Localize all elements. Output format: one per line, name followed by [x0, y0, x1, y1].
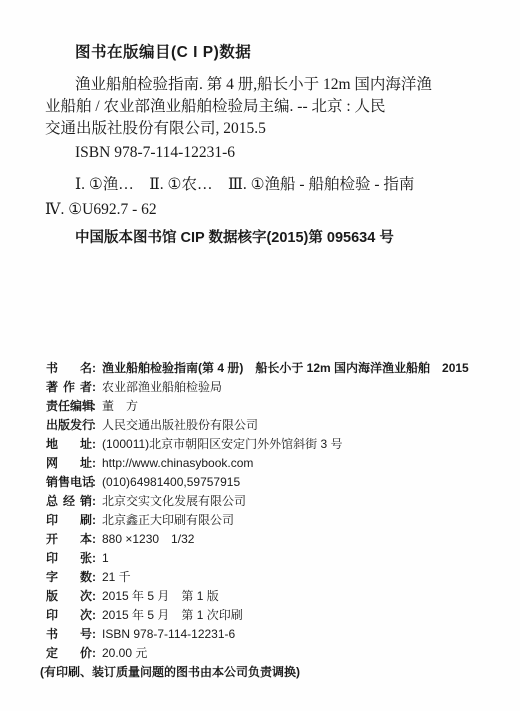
colophon-label: 字数 — [46, 568, 92, 587]
colophon-colon: : — [92, 587, 96, 606]
colophon-label: 版次 — [46, 587, 92, 606]
colophon-row-book-title: 书名:渔业船舶检验指南(第 4 册) 船长小于 12m 国内海洋渔业船舶 201… — [46, 359, 490, 378]
colophon-label: 总经销 — [46, 492, 92, 511]
colophon-label: 书名 — [46, 359, 92, 378]
colophon-label: 定价 — [46, 644, 92, 663]
colophon-value: 北京鑫正大印刷有限公司 — [102, 511, 234, 530]
colophon-colon: : — [92, 454, 96, 473]
colophon-row-website: 网址:http://www.chinasybook.com — [46, 454, 490, 473]
colophon-value: 农业部渔业船舶检验局 — [102, 378, 222, 397]
colophon-colon: : — [92, 568, 96, 587]
colophon-value: 20.00 元 — [102, 644, 147, 663]
colophon-label: 开本 — [46, 530, 92, 549]
colophon-label: 地址 — [46, 435, 92, 454]
colophon-colon: : — [92, 435, 96, 454]
colophon-row-format: 开本:880 ×1230 1/32 — [46, 530, 490, 549]
cip-classification: Ⅰ. ①渔… Ⅱ. ①农… Ⅲ. ①渔船 - 船舶检验 - 指南 Ⅳ. ①U69… — [45, 172, 480, 222]
colophon-value: 2015 年 5 月 第 1 次印刷 — [102, 606, 243, 625]
colophon-label: 印次 — [46, 606, 92, 625]
colophon-label: 出版发行 — [46, 416, 92, 435]
cip-record-number: 中国版本图书馆 CIP 数据核字(2015)第 095634 号 — [45, 228, 480, 248]
colophon-row-word-count: 字数:21 千 — [46, 568, 490, 587]
cip-title: 图书在版编目(C I P)数据 — [75, 43, 480, 63]
colophon-label: 著作者 — [46, 378, 92, 397]
quality-exchange-note: (有印刷、装订质量问题的图书由本公司负责调换) — [40, 663, 490, 682]
colophon-label: 书号 — [46, 625, 92, 644]
colophon-colon: : — [92, 416, 96, 435]
colophon-value: 2015 年 5 月 第 1 版 — [102, 587, 219, 606]
colophon-colon: : — [92, 644, 96, 663]
colophon-colon: : — [92, 511, 96, 530]
cip-description: 渔业船舶检验指南. 第 4 册,船长小于 12m 国内海洋渔 业船舶 / 农业部… — [45, 74, 480, 140]
colophon-colon: : — [92, 473, 96, 492]
colophon-row-author: 著作者:农业部渔业船舶检验局 — [46, 378, 490, 397]
colophon-colon: : — [92, 606, 96, 625]
colophon-row-publisher: 出版发行:人民交通出版社股份有限公司 — [46, 416, 490, 435]
colophon-label: 印刷 — [46, 511, 92, 530]
colophon-section: 书名:渔业船舶检验指南(第 4 册) 船长小于 12m 国内海洋渔业船舶 201… — [0, 359, 520, 682]
colophon-value: 渔业船舶检验指南(第 4 册) 船长小于 12m 国内海洋渔业船舶 2015 — [102, 359, 469, 378]
cip-classification-line: Ⅰ. ①渔… Ⅱ. ①农… Ⅲ. ①渔船 - 船舶检验 - 指南 — [45, 172, 480, 197]
cip-classification-line: Ⅳ. ①U692.7 - 62 — [45, 197, 480, 222]
colophon-colon: : — [92, 625, 96, 644]
colophon-colon: : — [92, 530, 96, 549]
colophon-label: 责任编辑 — [46, 397, 92, 416]
colophon-value: http://www.chinasybook.com — [102, 454, 253, 473]
colophon-colon: : — [92, 492, 96, 511]
colophon-value: 北京交实文化发展有限公司 — [102, 492, 246, 511]
colophon-label: 网址 — [46, 454, 92, 473]
colophon-row-printer: 印刷:北京鑫正大印刷有限公司 — [46, 511, 490, 530]
colophon-row-sheets: 印张:1 — [46, 549, 490, 568]
colophon-value: ISBN 978-7-114-12231-6 — [102, 625, 235, 644]
colophon-value: 880 ×1230 1/32 — [102, 530, 194, 549]
colophon-value: 21 千 — [102, 568, 131, 587]
colophon-label: 销售电话 — [46, 473, 92, 492]
colophon-value: 董 方 — [102, 397, 138, 416]
book-copyright-page: 图书在版编目(C I P)数据 渔业船舶检验指南. 第 4 册,船长小于 12m… — [0, 0, 520, 711]
cip-section: 图书在版编目(C I P)数据 渔业船舶检验指南. 第 4 册,船长小于 12m… — [0, 0, 520, 248]
cip-description-line: 交通出版社股份有限公司, 2015.5 — [45, 118, 480, 140]
colophon-label: 印张 — [46, 549, 92, 568]
colophon-colon: : — [92, 397, 96, 416]
colophon-colon: : — [92, 549, 96, 568]
colophon-colon: : — [92, 378, 96, 397]
isbn-line: ISBN 978-7-114-12231-6 — [45, 142, 480, 164]
colophon-value: (010)64981400,59757915 — [102, 473, 240, 492]
colophon-row-price: 定价:20.00 元 — [46, 644, 490, 663]
cip-description-line: 渔业船舶检验指南. 第 4 册,船长小于 12m 国内海洋渔 — [45, 74, 480, 96]
colophon-value: (100011)北京市朝阳区安定门外外馆斜街 3 号 — [102, 435, 343, 454]
colophon-row-sales-phone: 销售电话:(010)64981400,59757915 — [46, 473, 490, 492]
colophon-row-isbn: 书号:ISBN 978-7-114-12231-6 — [46, 625, 490, 644]
colophon-value: 1 — [102, 549, 109, 568]
cip-description-line: 业船舶 / 农业部渔业船舶检验局主编. -- 北京 : 人民 — [45, 96, 480, 118]
colophon-row-impression: 印次:2015 年 5 月 第 1 次印刷 — [46, 606, 490, 625]
colophon-row-address: 地址:(100011)北京市朝阳区安定门外外馆斜街 3 号 — [46, 435, 490, 454]
colophon-row-editor: 责任编辑:董 方 — [46, 397, 490, 416]
colophon-colon: : — [92, 359, 96, 378]
colophon-value: 人民交通出版社股份有限公司 — [102, 416, 258, 435]
colophon-row-edition: 版次:2015 年 5 月 第 1 版 — [46, 587, 490, 606]
colophon-row-distributor: 总经销:北京交实文化发展有限公司 — [46, 492, 490, 511]
